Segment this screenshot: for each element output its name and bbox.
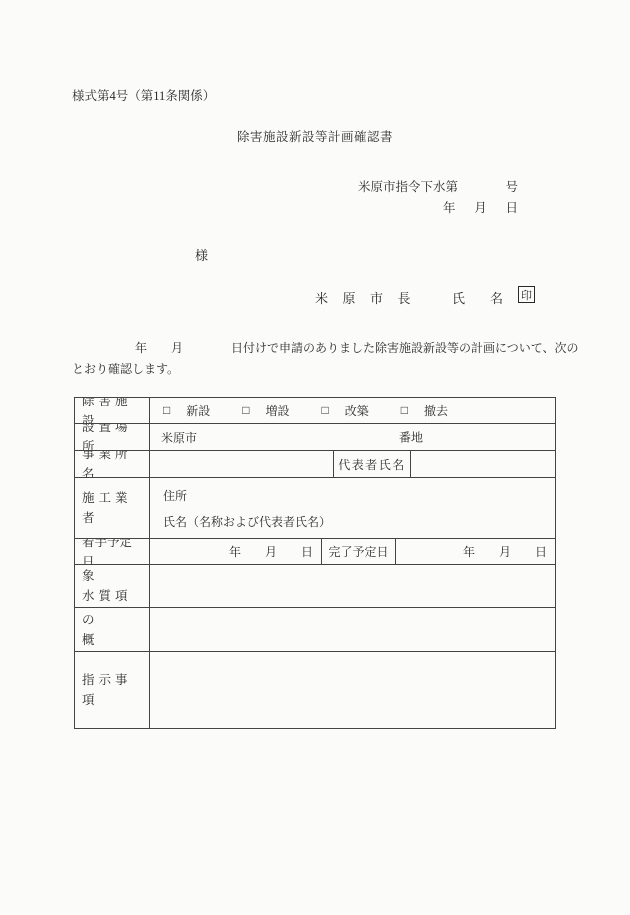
option-remove-label: 撤去 [424, 402, 448, 419]
checkbox-icon: □ [401, 403, 408, 418]
mayor-title: 米原市長 [315, 288, 425, 307]
contractor-label-cell: 施工業者 [75, 478, 149, 538]
target-label-cell: 除害対象 水質項目 [75, 565, 149, 607]
document-number-prefix: 米原市指令下水第 [358, 177, 458, 195]
table-row-method: 処理方法の 概要 [75, 608, 555, 652]
body-paragraph-line1: 年 月 日付けで申請のありました除害施設新設等の計画について、次の [72, 339, 579, 356]
method-label-line1: 処理方法の [82, 608, 142, 630]
checkbox-icon: □ [242, 403, 249, 418]
facility-label: 除害施設 [82, 398, 142, 423]
mayor-name-label: 氏名 [452, 288, 528, 307]
document-number-line: 米原市指令下水第 号 [358, 177, 518, 195]
location-label-cell: 設置場所 [75, 424, 149, 450]
instructions-value-cell [149, 652, 555, 728]
option-rebuild: □ 改築 [322, 402, 369, 419]
location-banchi-label: 番地 [399, 429, 423, 446]
start-date-value-cell: 年 月 日 [149, 539, 321, 564]
end-date-value-cell: 年 月 日 [395, 539, 555, 564]
representative-value-cell [410, 451, 555, 477]
location-value-cell: 米原市 番地 [149, 424, 555, 450]
start-date-label-cell: 着手予定日 [75, 539, 149, 564]
body-paragraph-line2: とおり確認します。 [72, 360, 179, 377]
seal-stamp-icon: 印 [518, 286, 535, 303]
document-page: 様式第4号（第11条関係） 除害施設新設等計画確認書 米原市指令下水第 号 年 … [0, 0, 630, 915]
document-number-suffix: 号 [505, 177, 518, 195]
target-label-line2: 水質項目 [82, 586, 142, 607]
confirmation-table: 除害施設 □ 新設 □ 増設 □ 改築 □ 撤去 [74, 397, 556, 729]
instructions-label: 指示事項 [82, 670, 142, 710]
location-label: 設置場所 [82, 424, 142, 450]
contractor-name-label: 氏名（名称および代表者氏名） [163, 513, 331, 530]
representative-label: 代表者氏名 [333, 451, 410, 477]
method-label-line2: 概要 [82, 630, 142, 652]
option-new: □ 新設 [163, 402, 210, 419]
option-rebuild-label: 改築 [345, 402, 369, 419]
option-new-label: 新設 [186, 402, 210, 419]
facility-options-cell: □ 新設 □ 増設 □ 改築 □ 撤去 [149, 398, 555, 423]
instructions-label-cell: 指示事項 [75, 652, 149, 728]
start-date-label: 着手予定日 [82, 539, 142, 564]
contractor-label: 施工業者 [82, 488, 142, 528]
option-expand: □ 増設 [242, 402, 289, 419]
office-label-cell: 事業所名 [75, 451, 149, 477]
table-row-target: 除害対象 水質項目 [75, 565, 555, 608]
checkbox-icon: □ [163, 403, 170, 418]
page-title: 除害施設新設等計画確認書 [0, 127, 630, 145]
table-row-location: 設置場所 米原市 番地 [75, 424, 555, 451]
target-value-cell [149, 565, 555, 607]
date-year-label: 年 [443, 198, 456, 216]
table-row-office: 事業所名 代表者氏名 [75, 451, 555, 478]
facility-label-cell: 除害施設 [75, 398, 149, 423]
location-city-prefix: 米原市 [161, 429, 197, 446]
option-expand-label: 増設 [266, 402, 290, 419]
method-label-cell: 処理方法の 概要 [75, 608, 149, 651]
office-name-value-cell [149, 451, 333, 477]
contractor-value-cell: 住所 氏名（名称および代表者氏名） [149, 478, 555, 538]
date-day-label: 日 [505, 198, 518, 216]
form-number: 様式第4号（第11条関係） [72, 86, 215, 104]
table-row-schedule: 着手予定日 年 月 日 完了予定日 年 月 日 [75, 539, 555, 565]
addressee-suffix: 様 [195, 245, 208, 264]
end-date-label: 完了予定日 [321, 539, 395, 564]
office-label: 事業所名 [82, 451, 142, 477]
method-value-cell [149, 608, 555, 651]
option-remove: □ 撤去 [401, 402, 448, 419]
date-month-label: 月 [474, 198, 487, 216]
table-row-instructions: 指示事項 [75, 652, 555, 728]
table-row-facility: 除害施設 □ 新設 □ 増設 □ 改築 □ 撤去 [75, 398, 555, 424]
target-label-line1: 除害対象 [82, 565, 142, 586]
contractor-address-label: 住所 [163, 487, 187, 504]
table-row-contractor: 施工業者 住所 氏名（名称および代表者氏名） [75, 478, 555, 539]
issue-date-line: 年 月 日 [443, 198, 518, 216]
checkbox-icon: □ [322, 403, 329, 418]
